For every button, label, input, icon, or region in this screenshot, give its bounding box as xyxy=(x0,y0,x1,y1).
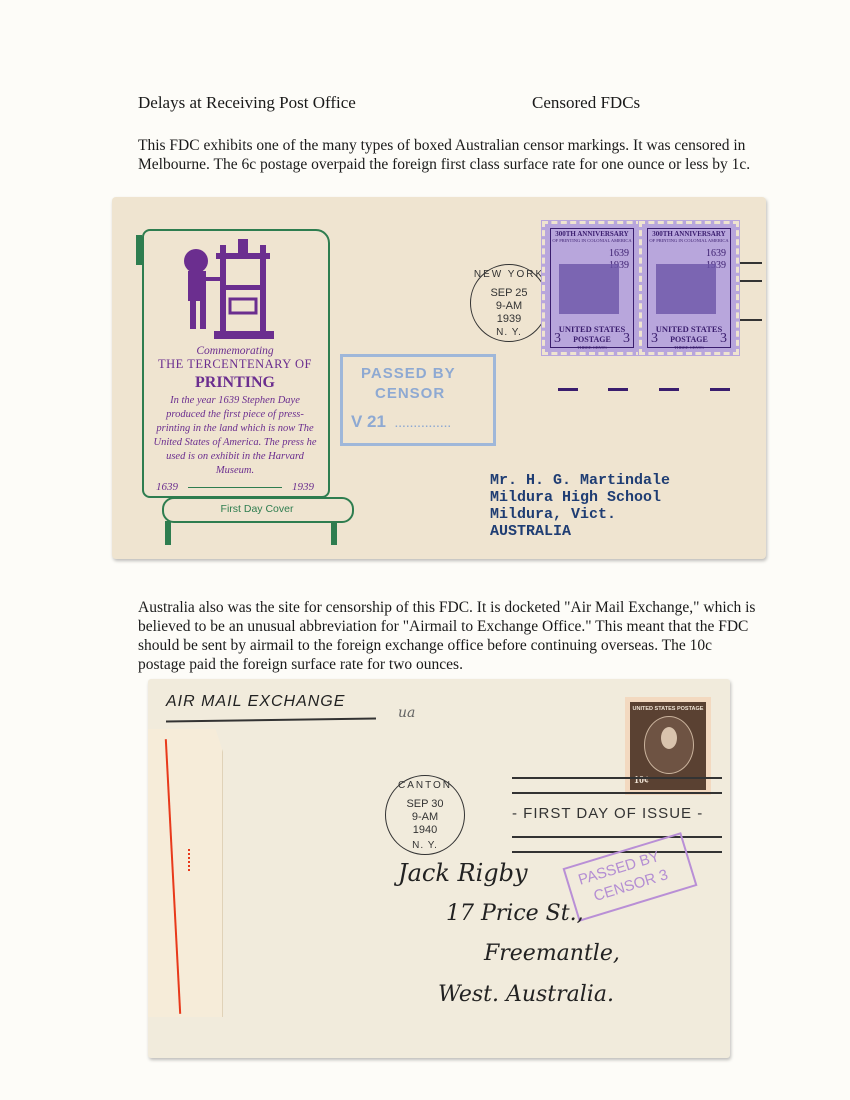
address-line-city: Freemantle, xyxy=(484,941,620,966)
recipient-address: Mr. H. G. Martindale Mildura High School… xyxy=(490,472,670,540)
stamp-3c-printing-1: 300TH ANNIVERSARY OF PRINTING IN COLONIA… xyxy=(542,221,642,355)
section-heading-right: Censored FDCs xyxy=(532,93,640,113)
printing-press-illustration xyxy=(174,239,284,339)
first-day-cover-1: Commemorating THE TERCENTENARY OF PRINTI… xyxy=(112,197,766,559)
postmark-canton: CANTON SEP 309-AM1940 N. Y. xyxy=(385,775,465,855)
address-line-name: Jack Rigby xyxy=(398,859,528,887)
cachet-text: Commemorating THE TERCENTENARY OF PRINTI… xyxy=(150,345,320,493)
cancel-line xyxy=(512,792,722,794)
cachet-commemorating: Commemorating xyxy=(150,345,320,357)
cachet-subtitle: THE TERCENTENARY OF xyxy=(150,357,320,372)
scroll-post xyxy=(165,521,171,545)
docket-underline xyxy=(166,718,376,723)
section-heading-left: Delays at Receiving Post Office xyxy=(138,93,356,113)
cachet-body: In the year 1639 Stephen Daye produced t… xyxy=(150,394,320,478)
scroll-tab xyxy=(136,235,142,265)
postmark-new-york: NEW YORK SEP 259-AM1939 N. Y. xyxy=(470,264,548,342)
stamp-3c-printing-2: 300TH ANNIVERSARY OF PRINTING IN COLONIA… xyxy=(639,221,739,355)
cancel-slogan: - FIRST DAY OF ISSUE - xyxy=(512,805,703,822)
censor-tape-opened-by: OPENED BY xyxy=(148,729,223,1017)
cachet-years: 1639 1939 xyxy=(150,481,320,493)
cancel-line xyxy=(512,777,722,779)
docket-air-mail-exchange: AIR MAIL EXCHANGE xyxy=(166,693,345,711)
pencil-initials: ua xyxy=(398,705,415,721)
description-paragraph-2: Australia also was the site for censorsh… xyxy=(138,598,758,674)
cancel-line xyxy=(512,836,722,838)
first-day-cover-2: AIR MAIL EXCHANGE ua OPENED BY UNITED ST… xyxy=(148,679,730,1058)
scroll-post xyxy=(331,521,337,545)
cachet-title: PRINTING xyxy=(150,374,320,392)
stamp-10c-remington: UNITED STATES POSTAGE 10¢ xyxy=(625,697,711,795)
first-day-cover-label: First Day Cover xyxy=(162,503,352,515)
censor-mark-boxed: PASSED BY CENSOR V 21 ............... xyxy=(340,354,496,446)
address-line-state: West. Australia. xyxy=(438,982,614,1007)
address-line-street: 17 Price St., xyxy=(446,901,584,926)
description-paragraph-1: This FDC exhibits one of the many types … xyxy=(138,136,758,174)
